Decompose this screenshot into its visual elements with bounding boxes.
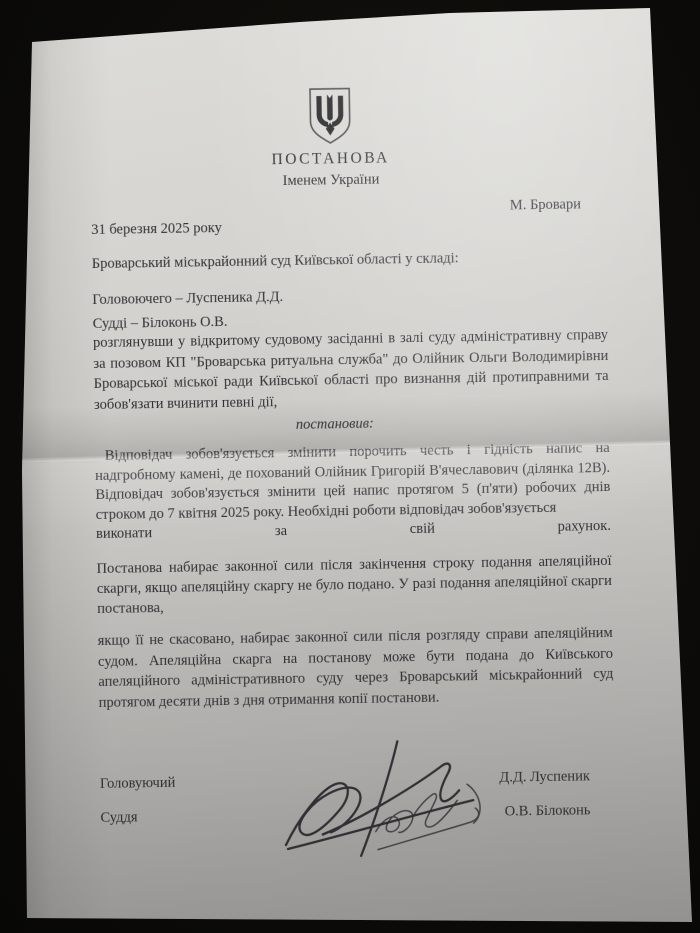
preamble-paragraph: розглянувши у відкритому судовому засіда… (93, 325, 609, 415)
operative-word: рахунок. (557, 517, 611, 537)
photo-background: ПОСТАНОВА Іменем України М. Бровари 31 б… (0, 0, 700, 933)
operative-word: за (275, 522, 287, 542)
resolution-label: постановив: (77, 410, 592, 438)
legal-effect-paragraph-2: якщо її не скасовано, набирає законної с… (98, 623, 614, 713)
legal-effect-paragraph-1: Постанова набирає законної сили після за… (96, 551, 612, 619)
presiding-name: Д.Д. Луспеник (499, 766, 590, 787)
document-header: ПОСТАНОВА Іменем України (72, 82, 589, 194)
operative-word: свій (410, 520, 435, 540)
ukraine-trident-emblem-icon (306, 86, 354, 147)
court-composition-line: Броварський міськрайонний суд Київської … (92, 246, 607, 274)
operative-body-text: Відповідач зобов'язується змінити порочи… (95, 439, 611, 525)
document-content: ПОСТАНОВА Іменем України М. Бровари 31 б… (0, 0, 700, 933)
handwritten-signatures (266, 736, 488, 859)
signature-luspenyk (284, 740, 474, 857)
judge-name: О.В. Білоконь (504, 800, 590, 821)
judge-title: Суддя (100, 807, 137, 828)
operative-word: виконати (96, 524, 152, 544)
presiding-title: Головуючий (100, 773, 176, 794)
document-page: ПОСТАНОВА Іменем України М. Бровари 31 б… (0, 0, 700, 933)
signature-bilokon (375, 784, 481, 850)
operative-paragraph: Відповідач зобов'язується змінити порочи… (95, 439, 611, 545)
